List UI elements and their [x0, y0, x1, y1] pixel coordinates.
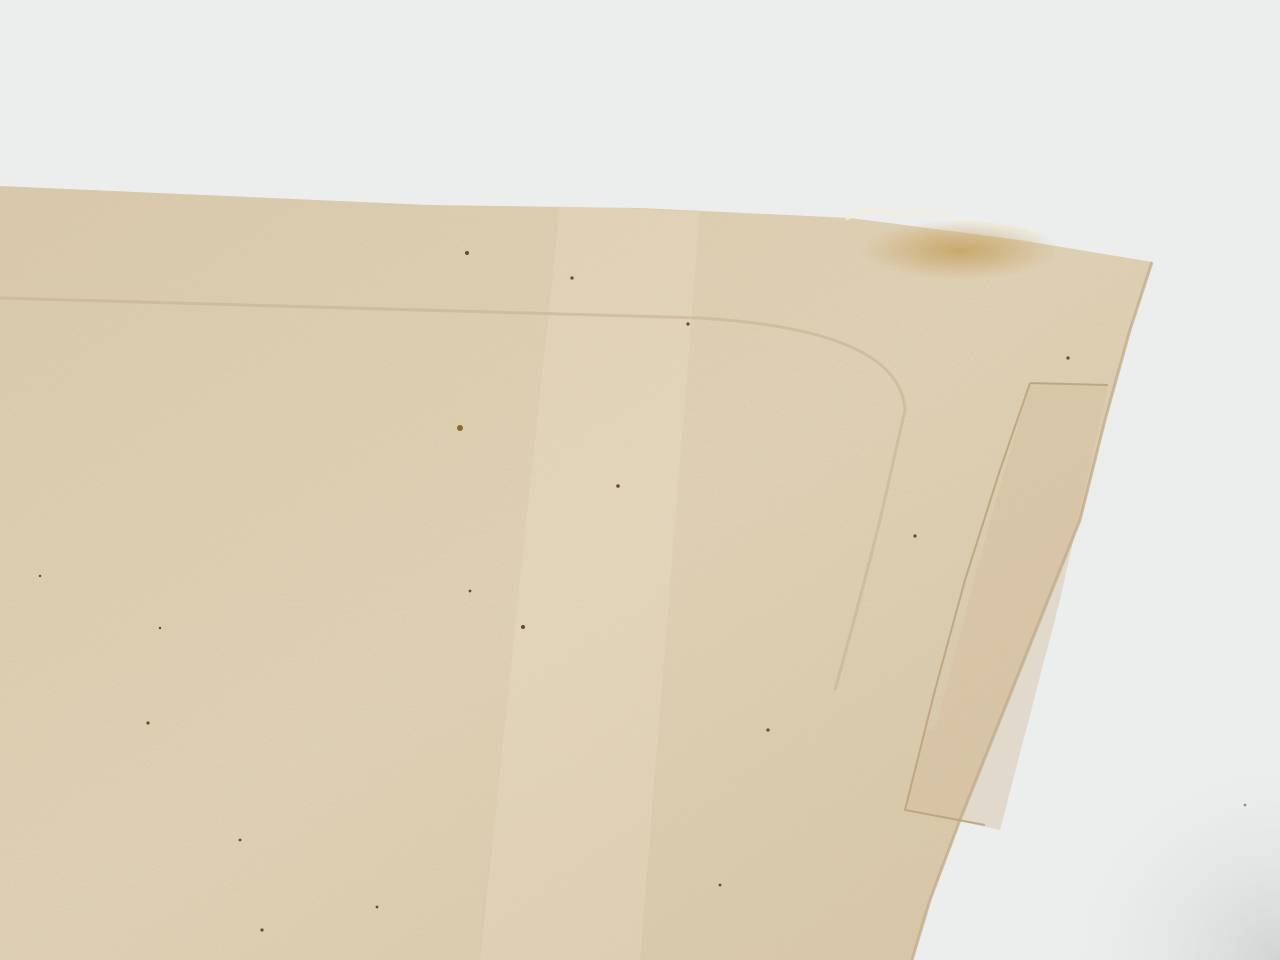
stain	[860, 220, 1060, 280]
photo-scene	[0, 0, 1280, 960]
paper-photo	[0, 0, 1280, 960]
